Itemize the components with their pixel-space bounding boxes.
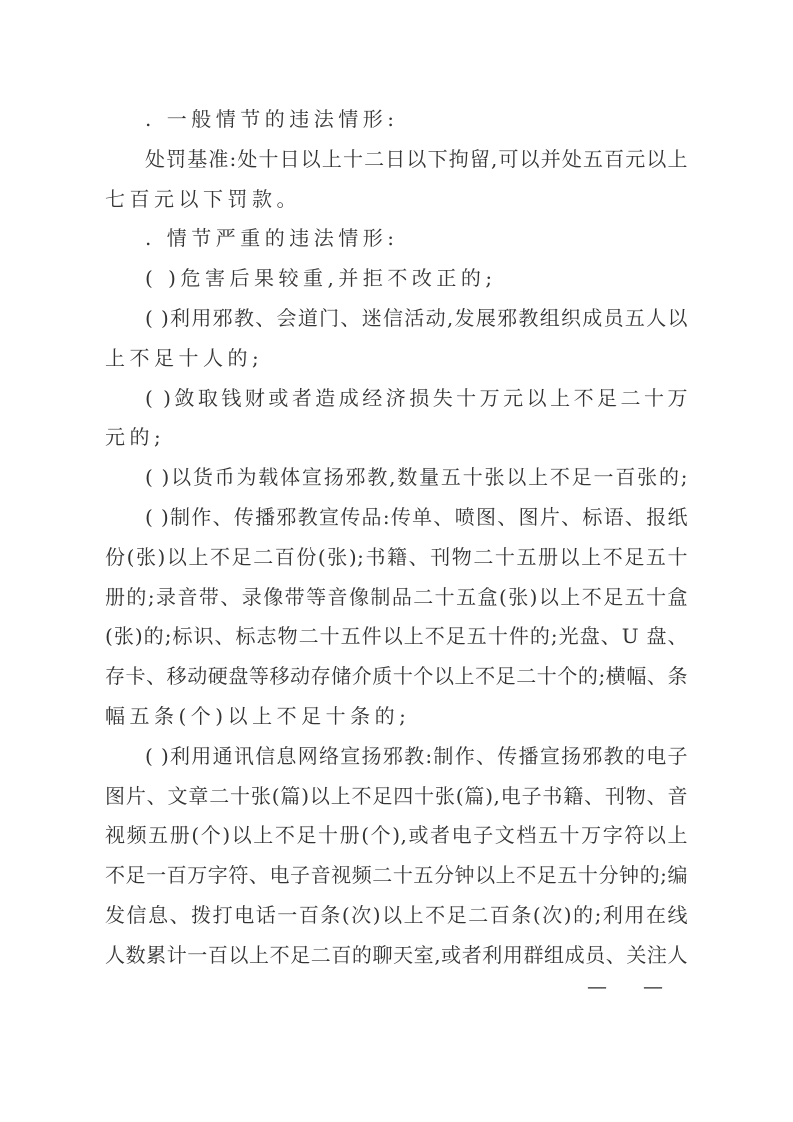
document-line: ( )制作、传播邪教宣传品:传单、喷图、图片、标语、报纸一百 [105,498,688,538]
document-line: 元的; [105,418,688,458]
document-line: ( )敛取钱财或者造成经济损失十万元以上不足二十万 [105,379,688,419]
document-line: ( )利用通讯信息网络宣扬邪教:制作、传播宣扬邪教的电子 [105,737,688,777]
document-line: 上不足十人的; [105,339,688,379]
page-number-dash-left: — [585,966,609,1006]
document-line: 幅五条(个)以上不足十条的; [105,697,688,737]
document-line: 册的;录音带、录像带等音像制品二十五盒(张)以上不足五十盒 [105,578,688,618]
document-line: . 情节严重的违法情形: [105,219,688,259]
document-line: 份(张)以上不足二百份(张);书籍、刊物二十五册以上不足五十 [105,538,688,578]
document-line: 存卡、移动硬盘等移动存储介质十个以上不足二十个的;横幅、条 [105,657,688,697]
document-line: 图片、文章二十张(篇)以上不足四十张(篇),电子书籍、刊物、音 [105,777,688,817]
page-number-dash-right: — [641,966,665,1006]
document-line: 发信息、拨打电话一百条(次)以上不足二百条(次)的;利用在线 [105,896,688,936]
document-line: ( )利用邪教、会道门、迷信活动,发展邪教组织成员五人以 [105,299,688,339]
document-page: . 一般情节的违法情形:处罚基准:处十日以上十二日以下拘留,可以并处五百元以上七… [0,0,793,1122]
document-text-block: . 一般情节的违法情形:处罚基准:处十日以上十二日以下拘留,可以并处五百元以上七… [105,100,688,976]
document-line: . 一般情节的违法情形: [105,100,688,140]
document-line: 七百元以下罚款。 [105,180,688,220]
document-line: ( )危害后果较重,并拒不改正的; [105,259,688,299]
document-line: (张)的;标识、标志物二十五件以上不足五十件的;光盘、U 盘、储 [105,617,688,657]
document-line: 不足一百万字符、电子音视频二十五分钟以上不足五十分钟的;编 [105,856,688,896]
document-line: 视频五册(个)以上不足十册(个),或者电子文档五十万字符以上 [105,816,688,856]
document-line: 处罚基准:处十日以上十二日以下拘留,可以并处五百元以上 [105,140,688,180]
document-line: ( )以货币为载体宣扬邪教,数量五十张以上不足一百张的; [105,458,688,498]
